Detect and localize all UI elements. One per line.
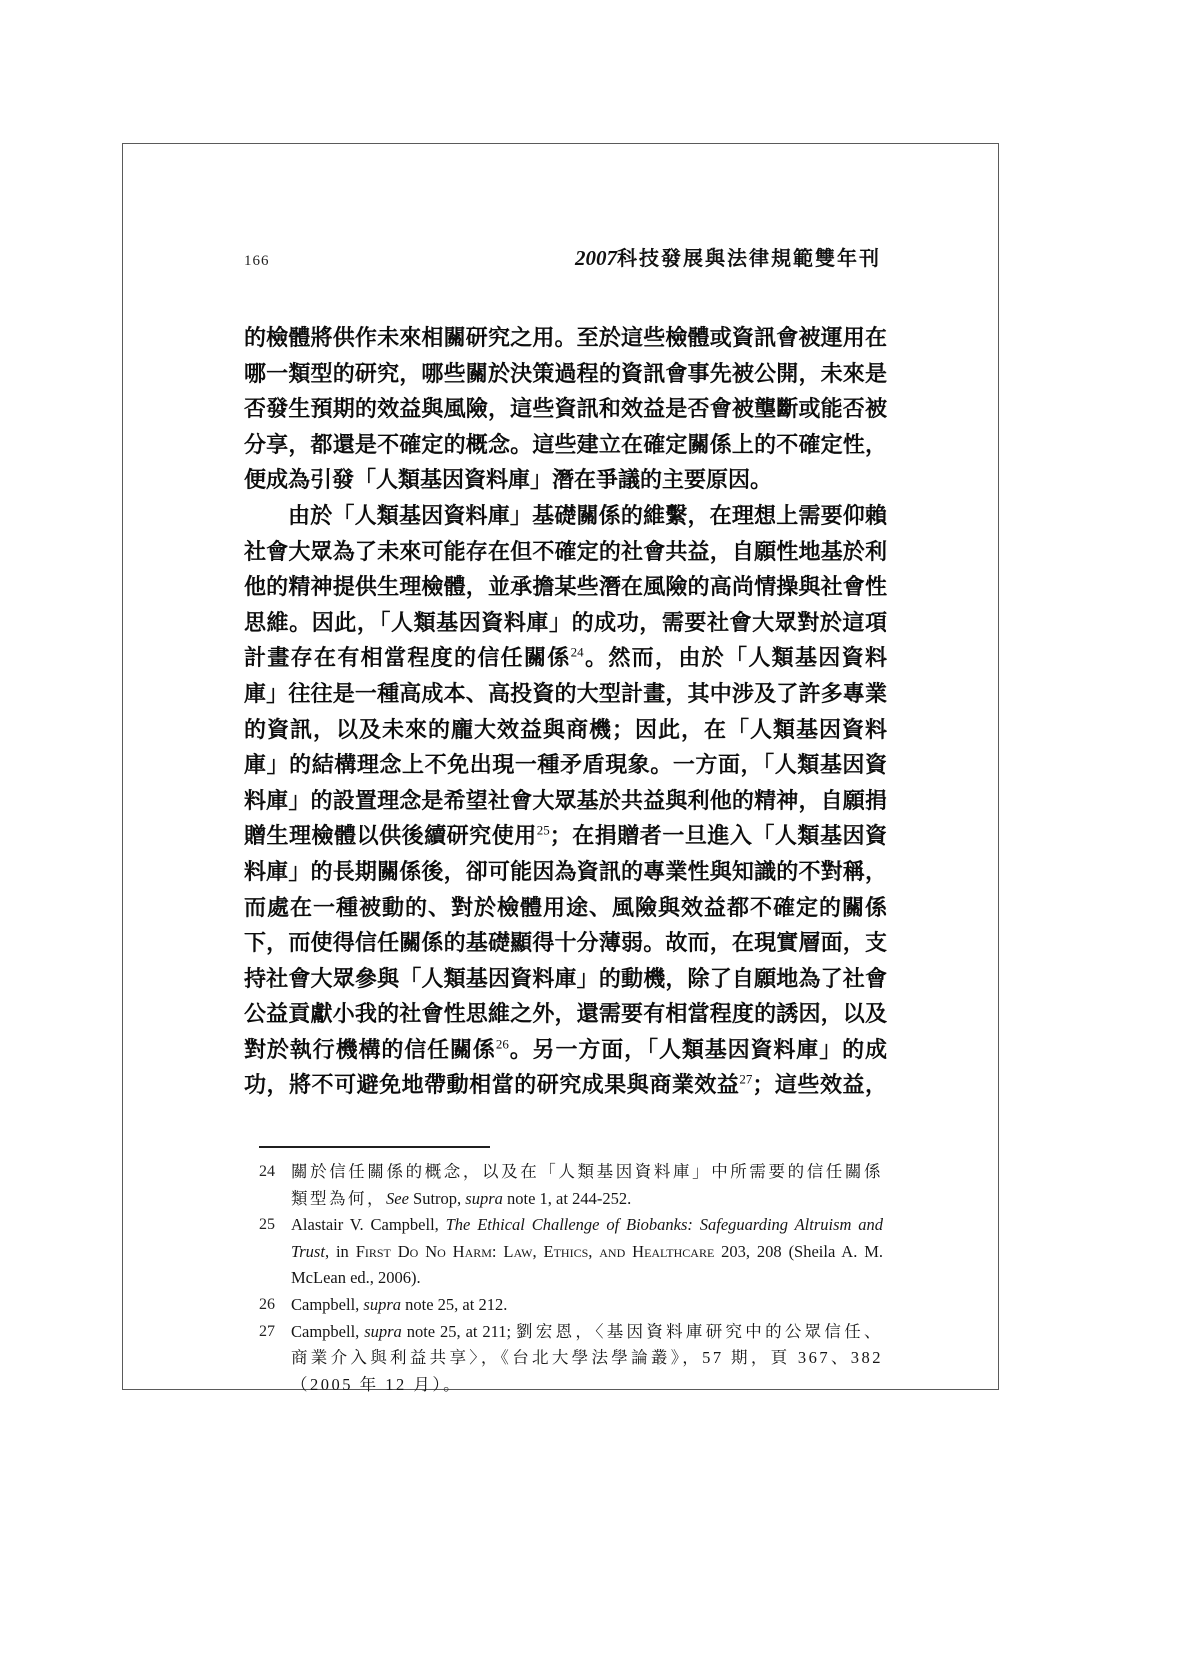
footnote-text: Alastair V. Campbell, The Ethical Challe…	[291, 1212, 883, 1292]
footnote-ref: 26	[496, 1037, 509, 1052]
body-line: 否發生預期的效益與風險，這些資訊和效益是否會被壟斷或能否被	[244, 391, 887, 427]
body-line: 他的精神提供生理檢體，並承擔某些潛在風險的高尚情操與社會性	[244, 569, 887, 605]
body-line: 對於執行機構的信任關係26。另一方面，「人類基因資料庫」的成	[244, 1032, 887, 1068]
footnote-ref: 25	[537, 823, 550, 838]
journal-title-year: 2007	[575, 246, 617, 270]
footnote: 24關於信任關係的概念，以及在「人類基因資料庫」中所需要的信任關係類型為何，Se…	[259, 1159, 883, 1212]
body-line: 計畫存在有相當程度的信任關係24。然而，由於「人類基因資料	[244, 640, 887, 676]
footnote: 26Campbell, supra note 25, at 212.	[259, 1292, 883, 1319]
footnote-ref: 24	[571, 645, 584, 660]
footnote-text: Campbell, supra note 25, at 212.	[291, 1292, 883, 1319]
page-number: 166	[244, 253, 270, 270]
footnote: 25Alastair V. Campbell, The Ethical Chal…	[259, 1212, 883, 1292]
body-line: 思維。因此，「人類基因資料庫」的成功，需要社會大眾對於這項	[244, 605, 887, 641]
body-line: 社會大眾為了未來可能存在但不確定的社會共益，自願性地基於利	[244, 534, 887, 570]
footnote-text: Campbell, supra note 25, at 211; 劉宏恩，〈基因…	[291, 1319, 883, 1399]
body-line: 分享，都還是不確定的概念。這些建立在確定關係上的不確定性，	[244, 427, 887, 463]
body-line: 公益貢獻小我的社會性思維之外，還需要有相當程度的誘因，以及	[244, 996, 887, 1032]
body-line: 庫」的結構理念上不免出現一種矛盾現象。一方面，「人類基因資	[244, 747, 887, 783]
journal-title: 2007科技發展與法律規範雙年刊	[575, 242, 881, 271]
body-line: 而處在一種被動的、對於檢體用途、風險與效益都不確定的關係	[244, 890, 887, 926]
footnote-number: 25	[259, 1212, 291, 1239]
footnote-text: 關於信任關係的概念，以及在「人類基因資料庫」中所需要的信任關係類型為何，See …	[291, 1159, 883, 1212]
body-line: 由於「人類基因資料庫」基礎關係的維繫，在理想上需要仰賴	[244, 498, 887, 534]
page-frame: 166 2007科技發展與法律規範雙年刊 的檢體將供作未來相關研究之用。至於這些…	[122, 143, 999, 1390]
body-line: 料庫」的設置理念是希望社會大眾基於共益與利他的精神，自願捐	[244, 783, 887, 819]
body-line: 便成為引發「人類基因資料庫」潛在爭議的主要原因。	[244, 462, 887, 498]
body-line: 持社會大眾參與「人類基因資料庫」的動機，除了自願地為了社會	[244, 961, 887, 997]
footnote-number: 27	[259, 1319, 291, 1346]
body-line: 的檢體將供作未來相關研究之用。至於這些檢體或資訊會被運用在	[244, 320, 887, 356]
body-line: 下，而使得信任關係的基礎顯得十分薄弱。故而，在現實層面，支	[244, 925, 887, 961]
footnote-separator	[259, 1146, 490, 1148]
footnote-number: 24	[259, 1159, 291, 1186]
footnote: 27Campbell, supra note 25, at 211; 劉宏恩，〈…	[259, 1319, 883, 1399]
footnote-number: 26	[259, 1292, 291, 1319]
footnotes: 24關於信任關係的概念，以及在「人類基因資料庫」中所需要的信任關係類型為何，Se…	[259, 1159, 883, 1398]
page-header: 166 2007科技發展與法律規範雙年刊	[244, 242, 881, 271]
journal-title-text: 科技發展與法律規範雙年刊	[617, 248, 881, 270]
body-line: 贈生理檢體以供後續研究使用25；在捐贈者一旦進入「人類基因資	[244, 818, 887, 854]
body-line: 哪一類型的研究，哪些關於決策過程的資訊會事先被公開，未來是	[244, 356, 887, 392]
body-line: 的資訊，以及未來的龐大效益與商機；因此，在「人類基因資料	[244, 712, 887, 748]
body-line: 庫」往往是一種高成本、高投資的大型計畫，其中涉及了許多專業	[244, 676, 887, 712]
body-line: 料庫」的長期關係後，卻可能因為資訊的專業性與知識的不對稱，	[244, 854, 887, 890]
body-text: 的檢體將供作未來相關研究之用。至於這些檢體或資訊會被運用在哪一類型的研究，哪些關…	[244, 320, 887, 1103]
footnote-ref: 27	[739, 1072, 752, 1087]
body-line: 功，將不可避免地帶動相當的研究成果與商業效益27；這些效益，	[244, 1067, 887, 1103]
